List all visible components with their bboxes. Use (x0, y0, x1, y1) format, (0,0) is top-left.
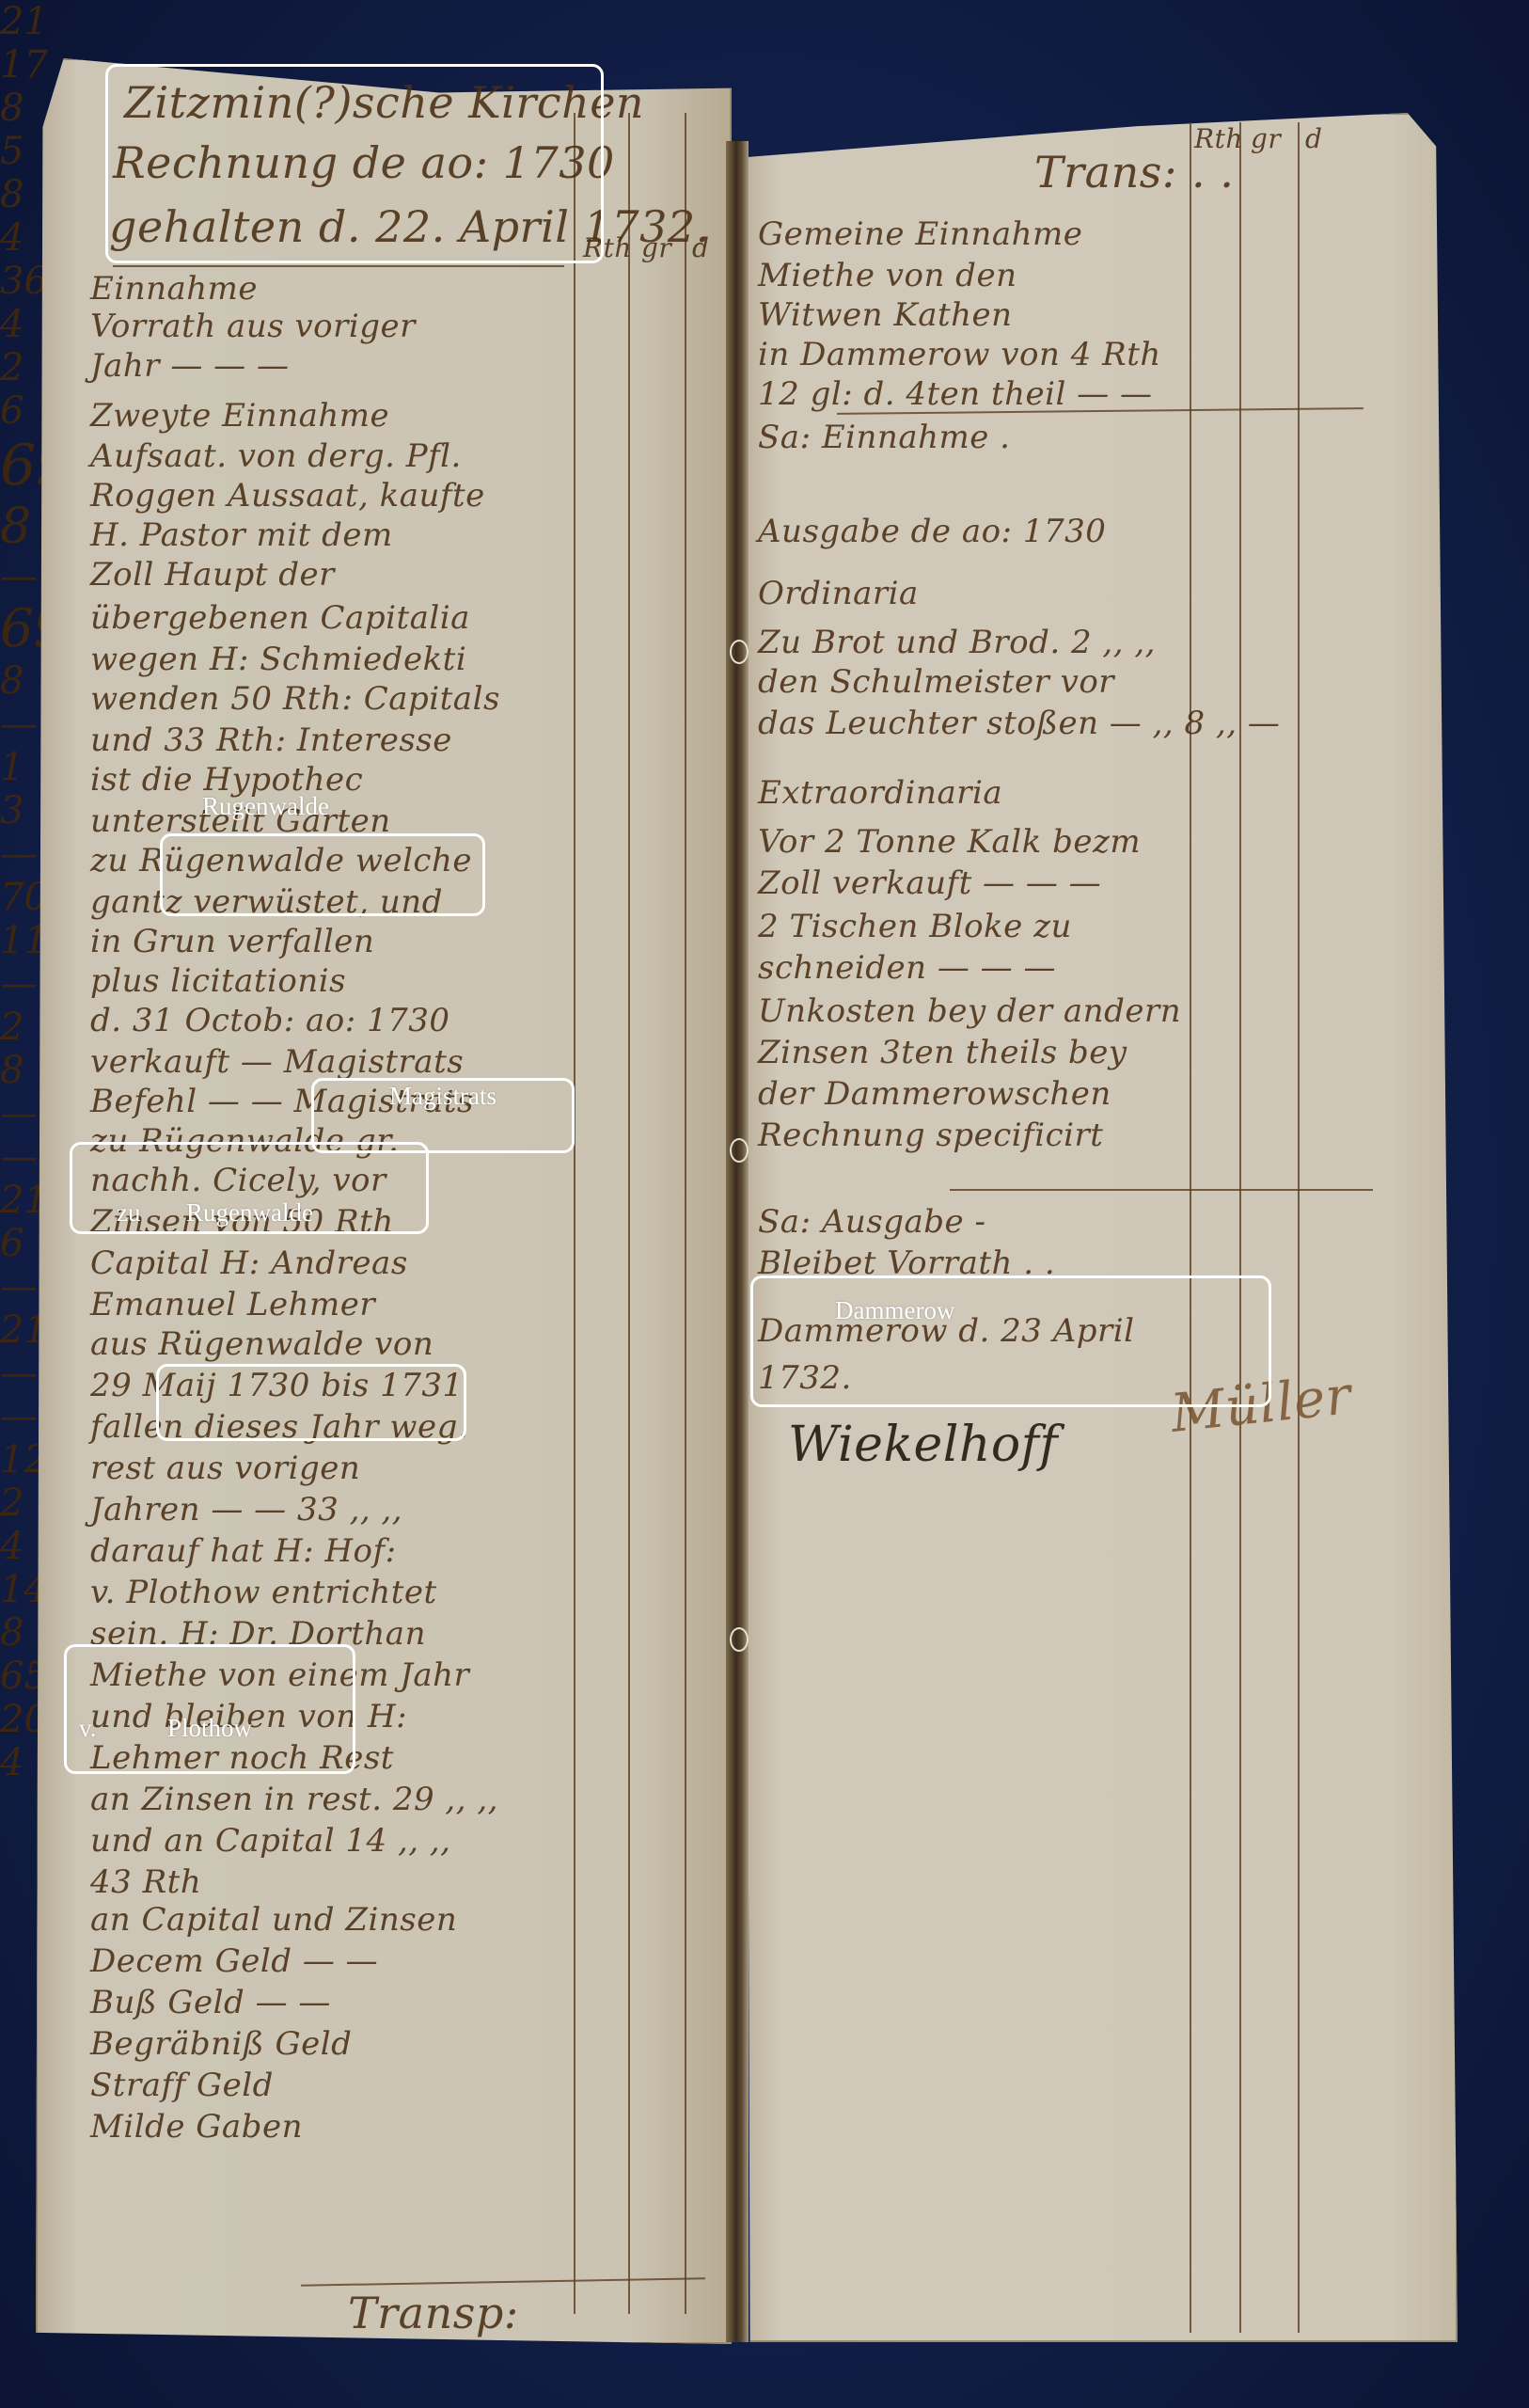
ledger-entry-text: 12 gl: d. 4ten theil — — (758, 378, 1153, 410)
ledger-entry-text: und 33 Rth: Interesse (90, 724, 452, 756)
annotation-box-rugenwalde-3 (156, 1364, 466, 1441)
heading-underline (113, 265, 564, 267)
column-rule (685, 113, 686, 2314)
ledger-entry-text: Begräbniß Geld (90, 2028, 352, 2060)
ledger-entry-text: Straff Geld (90, 2069, 274, 2101)
ledger-entry-text: Zinsen 3ten theils bey (758, 1037, 1127, 1069)
ledger-entry-text: Gemeine Einnahme (758, 218, 1082, 250)
ledger-entry-text: Ordinaria (758, 578, 919, 610)
ledger-entry-text: Vor 2 Tonne Kalk bezm (758, 826, 1141, 858)
annotation-label-plothow: Plothow (167, 1714, 252, 1743)
annotation-label-v: v. (79, 1714, 97, 1743)
ledger-entry-text: rest aus vorigen (90, 1452, 360, 1484)
ledger-entry-text: Zu Brot und Brod. 2 ,, ,, (758, 626, 1156, 658)
ledger-entry-text: das Leuchter stoßen — ,, 8 ,, — (758, 707, 1280, 739)
ledger-entry-text: in Dammerow von 4 Rth (758, 339, 1161, 371)
ledger-entry-text: Decem Geld — — (90, 1945, 378, 1977)
ledger-entry-text: H. Pastor mit dem (90, 519, 393, 551)
carry-label: Trans: . . (1034, 150, 1234, 194)
ledger-entry-text: Emanuel Lehmer (90, 1289, 375, 1321)
column-header-d: d (692, 235, 709, 261)
annotation-label-rugenwalde-2: Rugenwalde (186, 1198, 313, 1228)
annotation-label-dammerow: Dammerow (835, 1296, 954, 1325)
ledger-entry-text: Milde Gaben (90, 2111, 303, 2143)
ledger-entry-text: Extraordinaria (758, 777, 1002, 809)
ledger-entry-text: und an Capital 14 ,, ,, (90, 1825, 451, 1857)
ledger-entry-text: Buß Geld — — (90, 1987, 331, 2019)
ledger-entry-text: schneiden — — — (758, 952, 1056, 984)
ledger-entry-text: wegen H: Schmiedekti (90, 643, 466, 675)
ledger-entry-text: Roggen Aussaat, kaufte (90, 480, 485, 512)
ledger-entry-text: Jahren — — 33 ,, ,, (90, 1494, 402, 1526)
ledger-entry-text: in Grun verfallen (90, 926, 374, 958)
annotation-label-zu: zu (117, 1198, 140, 1228)
book-gutter (726, 141, 749, 2342)
ledger-entry-text: Capital H: Andreas (90, 1247, 408, 1279)
ledger-entry-text: Zoll verkauft — — — (758, 867, 1101, 899)
ledger-entry-text: plus licitationis (90, 965, 346, 997)
ledger-entry-text: Rechnung specificirt (758, 1119, 1103, 1151)
column-rule (574, 113, 575, 2314)
column-header-gr: gr (1251, 126, 1281, 152)
ledger-entry-text: darauf hat H: Hof: (90, 1535, 397, 1567)
ledger-entry-text: an Capital und Zinsen (90, 1904, 457, 1936)
column-rule (1298, 122, 1300, 2333)
ledger-entry-text: ist die Hypothec (90, 764, 363, 796)
binding-stitch (730, 1138, 749, 1163)
ledger-entry-text: verkauft — Magistrats (90, 1046, 464, 1078)
ledger-entry-text: 2 Tischen Bloke zu (758, 911, 1072, 943)
ledger-entry-text: den Schulmeister vor (758, 666, 1114, 698)
column-header-d: d (1305, 126, 1322, 152)
ledger-entry-text: d. 31 Octob: ao: 1730 (90, 1005, 450, 1037)
binding-stitch (730, 1627, 749, 1652)
subtotal-rule (950, 1189, 1373, 1191)
ledger-entry-text: der Dammerowschen (758, 1078, 1111, 1110)
column-rule (628, 113, 630, 2314)
ledger-entry-text: Aufsaat. von derg. Pfl. (90, 440, 462, 472)
annotation-box-dammerow (750, 1275, 1271, 1407)
annotation-box-header (105, 64, 604, 263)
column-rule (1190, 122, 1191, 2333)
ledger-entry-text: aus Rügenwalde von (90, 1328, 433, 1360)
ledger-entry-text: wenden 50 Rth: Capitals (90, 683, 500, 715)
annotation-box-plothow (64, 1644, 355, 1774)
ledger-entry-text: Sa: Einnahme . (758, 421, 1010, 453)
ledger-entry-text: Witwen Kathen (758, 299, 1013, 331)
ledger-entry-text: 43 Rth (90, 1866, 201, 1898)
ledger-entry-text: Sa: Ausgabe - (758, 1206, 985, 1238)
ledger-entry-text: Jahr — — — (90, 350, 289, 382)
annotation-box-rugenwalde (160, 833, 485, 916)
column-header-gr: gr (641, 235, 671, 261)
ledger-entry-text: Vorrath aus voriger (90, 310, 416, 342)
ledger-entry-text: Zoll Haupt der (90, 559, 335, 591)
column-rule (1239, 122, 1241, 2333)
ledger-entry-text: übergebenen Capitalia (90, 602, 470, 634)
ledger-entry-text: v. Plothow entrichtet (90, 1576, 437, 1608)
ledger-entry-text: Bleibet Vorrath . . (758, 1247, 1055, 1279)
ledger-entry-text: an Zinsen in rest. 29 ,, ,, (90, 1783, 498, 1815)
annotation-label-rugenwalde: Rugenwalde (202, 792, 329, 821)
annotation-label-magistrats: Magistrats (389, 1082, 497, 1111)
ledger-entry-text: Unkosten bey der andern (758, 995, 1181, 1027)
ledger-entry-text: Miethe von den (758, 260, 1017, 292)
ledger-entry-text: Zweyte Einnahme (90, 400, 389, 432)
transport-label: Transp: (348, 2291, 519, 2335)
ledger-entry-text: Ausgabe de ao: 1730 (758, 515, 1106, 547)
binding-stitch (730, 640, 749, 664)
amount-rth: 21 (0, 0, 1529, 43)
ledger-entry-text: Einnahme (90, 273, 258, 305)
signature-wiekelhoff: Wiekelhoff (788, 1420, 1058, 1469)
